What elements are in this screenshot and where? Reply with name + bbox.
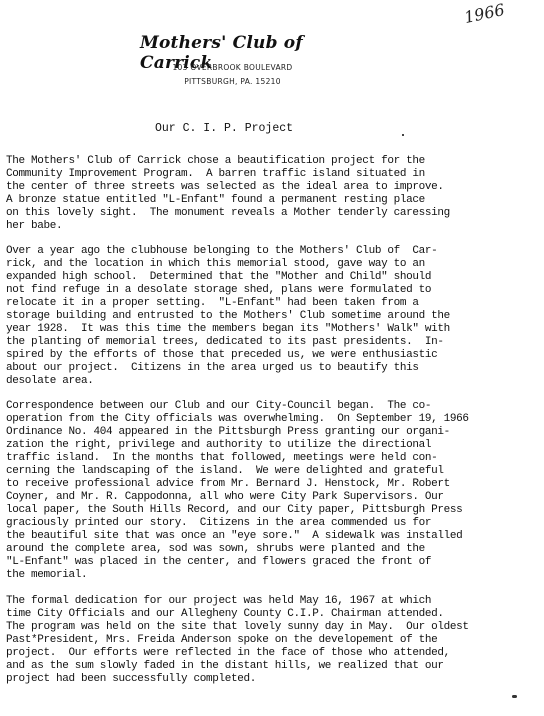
paragraph-1: The Mothers' Club of Carrick chose a bea… [6, 155, 450, 233]
paragraph-3: Correspondence between our Club and our … [6, 400, 469, 582]
handwritten-year: 1966 [462, 0, 506, 27]
document-title: Our C. I. P. Project [155, 122, 293, 135]
speck-mark [402, 134, 404, 136]
paragraph-4: The formal dedication for our project wa… [6, 595, 469, 686]
document-page: 1966 Mothers' Club of Carrick 103 OVERBR… [0, 0, 544, 716]
paragraph-2: Over a year ago the clubhouse belonging … [6, 245, 450, 388]
letterhead-address-line1: 103 OVERBROOK BOULEVARD [150, 63, 315, 72]
letterhead-address-line2: PITTSBURGH, PA. 15210 [150, 77, 315, 86]
ink-mark [512, 695, 517, 698]
